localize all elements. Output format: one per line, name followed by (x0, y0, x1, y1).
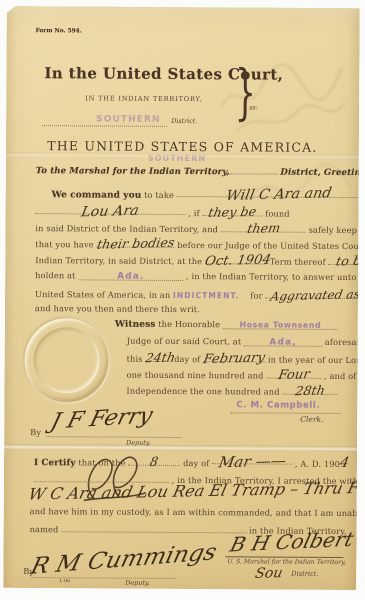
handwritten-year-digit: 4 (339, 456, 351, 470)
handwritten-entry: their bodies (96, 237, 176, 252)
printed-text: , if (188, 208, 199, 218)
handwritten-defendant-names: Will C Ara and (225, 186, 333, 203)
ss-abbreviation: ss: (249, 103, 258, 111)
clerk-name-stamp: C. M. Campbell. (236, 400, 320, 411)
fold-crease (6, 152, 359, 160)
blank: Ada, (244, 336, 322, 346)
printed-text: safely keep so (309, 225, 365, 235)
handwritten-charge: Aggravated assault (269, 287, 365, 302)
photo-of-document: { "paper": { "color": "#e7d29d", "ink": … (0, 0, 365, 600)
deputy-signature: J F Ferry (48, 405, 154, 433)
handwritten-year: Four (277, 368, 311, 382)
marshal-address: To the Marshal for the Indian Territory, (36, 166, 230, 177)
printed-text: and have him in my custody, as I am with… (30, 506, 365, 519)
printed-text: in said District of the Indian Territory… (35, 223, 218, 234)
printed-text: in the year of our Lord (268, 355, 365, 366)
printed-text: named (30, 524, 59, 534)
indictment-stamp: INDICTMENT. (173, 291, 240, 300)
deputy-signature-line (31, 576, 176, 579)
printed-text: found (265, 209, 290, 219)
blank: Ada. (78, 270, 183, 281)
brace-glyph: } (235, 62, 256, 122)
printed-text: aforesaid, (325, 337, 365, 347)
fold-crease (4, 444, 357, 452)
handwritten-term: Oct. 1904 (204, 253, 272, 268)
printed-text: this (127, 354, 143, 364)
command-opening: We command you (52, 190, 142, 201)
form-number: Form No. 594. (36, 28, 82, 34)
handwritten-entry: to be (335, 255, 365, 268)
blank: they be (202, 206, 262, 216)
printed-text: before our Judge of the United States Co… (177, 240, 365, 251)
deputy-signature-line (46, 435, 181, 438)
printed-text: , in the Indian Territory, to answer unt… (186, 271, 365, 282)
handwritten-month: February (202, 351, 266, 366)
court-warrant-document: Form No. 594. In the United States Court… (3, 6, 360, 590)
by-label: By (30, 427, 41, 437)
handwritten-day: 8 (149, 456, 159, 469)
printed-text: United States of America, in an (35, 289, 170, 300)
district-stamp: SOUTHERN (96, 114, 161, 124)
district-label: District. (171, 117, 197, 125)
district-label: District. (291, 570, 318, 578)
printed-text: Term thereof (270, 257, 326, 267)
printed-text: day of (183, 458, 209, 468)
printed-text: to take (144, 190, 174, 200)
printed-text: Indian Territory, in said District, at t… (35, 255, 202, 266)
marshal-label: U. S. Marshal for the Indian Territory, (227, 558, 345, 566)
printed-text: and have you then and there this writ. (35, 303, 200, 314)
blank: Hosea Townsend (223, 319, 338, 330)
printed-text: Judge of our said Court, at (127, 336, 242, 347)
blank: their bodies (97, 237, 175, 247)
printed-text: that you have (35, 239, 94, 249)
ada-stamp: Ada, (269, 338, 296, 348)
ada-stamp: Ada. (117, 272, 144, 282)
defendant-name-blank: Will C Ara and (177, 187, 365, 198)
handwritten-day: 24th (144, 351, 176, 364)
form-print-code: 1-06 (59, 579, 70, 584)
witness-word: Witness (115, 320, 156, 330)
printed-text: day of (174, 354, 200, 364)
printed-text: , and of our (324, 371, 365, 381)
blank: Oct. 1904 (205, 254, 267, 264)
blank (61, 522, 246, 533)
territory-subheading: IN THE INDIAN TERRITORY, (85, 94, 203, 103)
blank: to be (328, 255, 365, 265)
blank: 28th (282, 385, 337, 395)
certify-word: I Certify (34, 458, 76, 468)
printed-text: one thousand nine hundred and (127, 370, 264, 381)
handwritten-month: Mar —— (217, 453, 287, 470)
greeting: District, Greeting: (280, 168, 365, 179)
blank: Mar —— (212, 454, 292, 464)
blank: Aggravated assault (265, 289, 365, 300)
printed-text: for (250, 290, 262, 300)
clerk-label: Clerk. (300, 415, 323, 424)
printed-text: the Honorable (158, 319, 220, 329)
handwritten-defendant-name: Lou Ara (81, 204, 141, 220)
printed-text: , A. D. 190 (295, 459, 340, 469)
deputy-label: Deputy. (125, 579, 150, 587)
blank: February (203, 352, 265, 362)
blank (230, 164, 278, 174)
embossed-seal (24, 318, 109, 403)
judge-name-stamp: Hosea Townsend (240, 320, 322, 329)
handwritten-arrested-names: W C Ara and Lou Rea El Tramp – Thru F.D. (27, 480, 365, 503)
printed-text: holden at (35, 270, 75, 280)
blank: them (221, 222, 306, 233)
handwritten-entry: them (246, 222, 281, 235)
blank: Lou Ara (36, 204, 186, 215)
marshal-signature: B H Colbert (228, 529, 355, 555)
handwritten-independence-year: 28th (294, 384, 326, 397)
clerk-signature-line (230, 411, 340, 414)
handwritten-district: Sou (254, 566, 284, 581)
blank: Four (266, 369, 321, 379)
blank: 24th (145, 352, 171, 362)
handwritten-entry: they be (207, 206, 257, 220)
deputy-signature: R M Cummings (28, 541, 218, 578)
printed-text: Independence the one hundred and (126, 386, 279, 397)
